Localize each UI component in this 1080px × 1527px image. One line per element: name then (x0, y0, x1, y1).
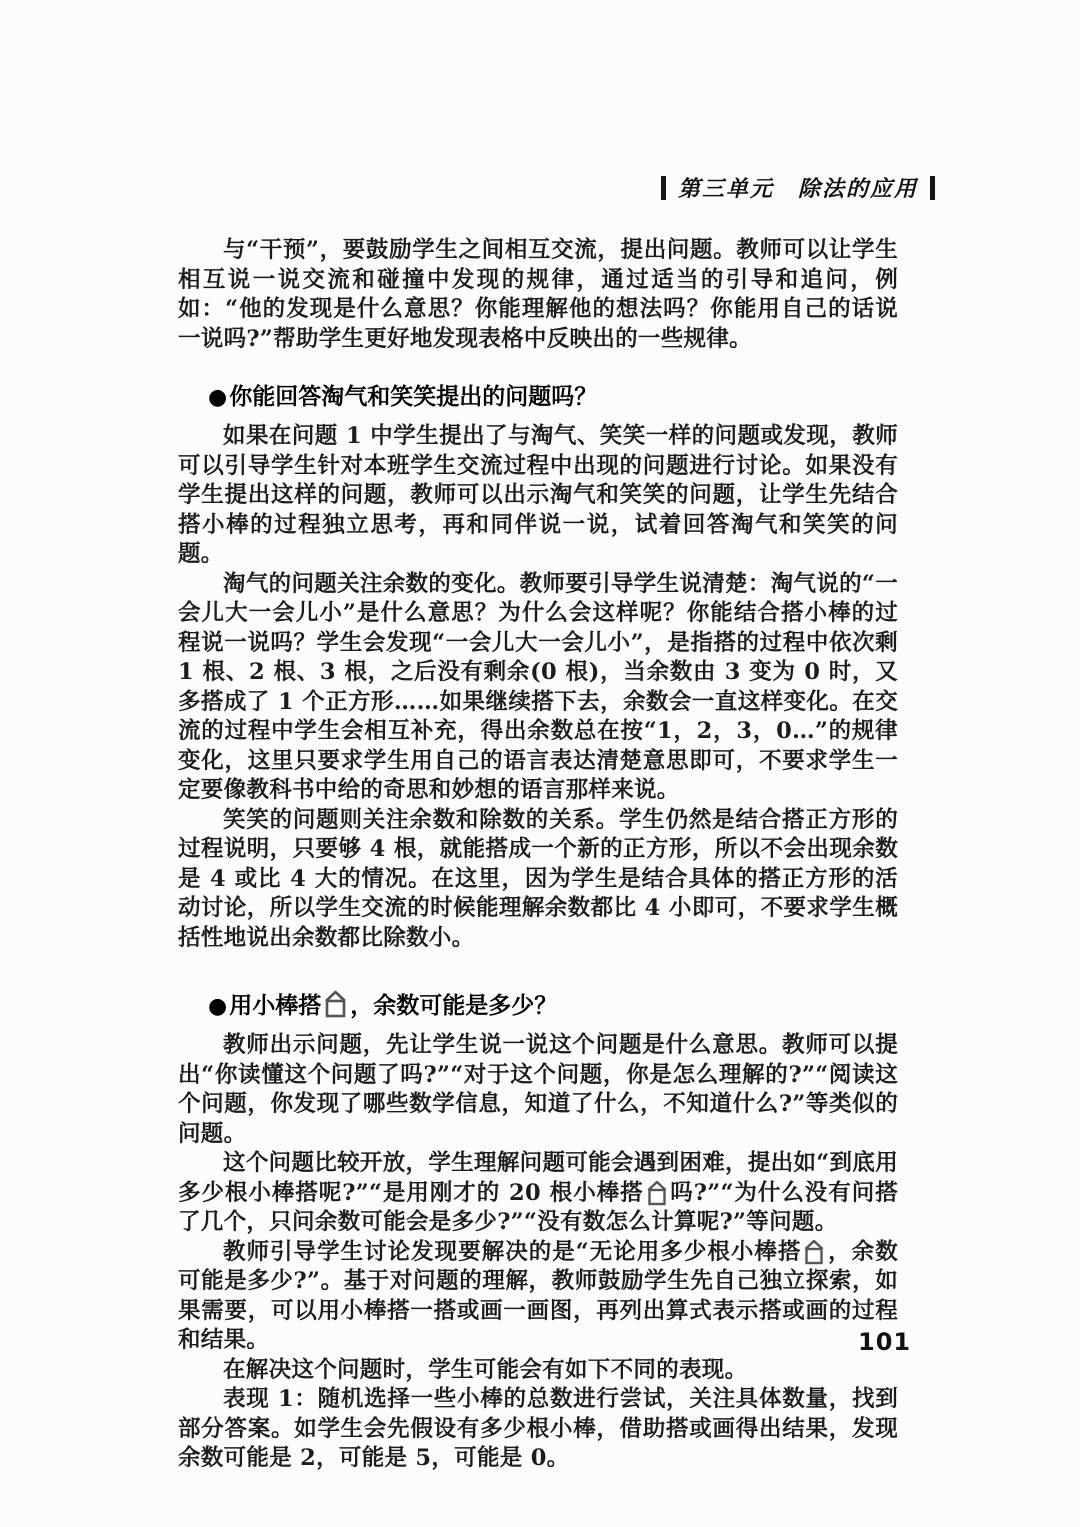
question-2-heading-text-post: ，余数可能是多少？ (350, 993, 557, 1019)
house-icon (802, 1238, 826, 1267)
bullet-icon: ● (208, 994, 227, 1019)
page-number: 101 (858, 1328, 911, 1356)
header-bar-left-icon (661, 176, 666, 200)
running-head-text: 第三单元 除法的应用 (678, 172, 918, 203)
question-2-heading-text-pre: 用小棒搭 (229, 993, 321, 1019)
bullet-icon: ● (208, 385, 227, 410)
question-1-heading-text: 你能回答淘气和笑笑提出的问题吗？ (229, 384, 597, 410)
header-bar-right-icon (930, 176, 935, 200)
q1-paragraph-1: 如果在问题 1 中学生提出了与淘气、笑笑一样的问题或发现，教师可以引导学生针对本… (178, 422, 898, 570)
q2-paragraph-4: 在解决这个问题时，学生可能会有如下不同的表现。 (178, 1356, 898, 1386)
question-1-heading: ●你能回答淘气和笑笑提出的问题吗？ (178, 381, 898, 414)
book-page: 第三单元 除法的应用 与“干预”，要鼓励学生之间相互交流，提出问题。教师可以让学… (0, 0, 1080, 1527)
running-head: 第三单元 除法的应用 (661, 172, 935, 203)
q1-paragraph-3: 笑笑的问题则关注余数和除数的关系。学生仍然是结合搭正方形的过程说明，只要够 4 … (178, 806, 898, 954)
house-icon (645, 1179, 669, 1208)
question-2-heading: ●用小棒搭，余数可能是多少？ (178, 989, 898, 1023)
q2-paragraph-1: 教师出示问题，先让学生说一说这个问题是什么意思。教师可以提出“你读懂这个问题了吗… (178, 1031, 898, 1149)
q2-paragraph-5: 表现 1：随机选择一些小棒的总数进行尝试，关注具体数量，找到部分答案。如学生会先… (178, 1385, 898, 1474)
q1-paragraph-2: 淘气的问题关注余数的变化。教师要引导学生说清楚：淘气说的“一会儿大一会儿小”是什… (178, 570, 898, 806)
house-icon (322, 989, 349, 1020)
q2-paragraph-2: 这个问题比较开放，学生理解问题可能会遇到困难，提出如“到底用多少根小棒搭呢?”“… (178, 1149, 898, 1238)
q2-paragraph-3-text-pre: 教师引导学生讨论发现要解决的是“无论用多少根小棒搭 (223, 1239, 801, 1265)
intro-paragraph: 与“干预”，要鼓励学生之间相互交流，提出问题。教师可以让学生相互说一说交流和碰撞… (178, 236, 898, 354)
q2-paragraph-3: 教师引导学生讨论发现要解决的是“无论用多少根小棒搭，余数可能是多少?”。基于对问… (178, 1238, 898, 1356)
page-body: 与“干预”，要鼓励学生之间相互交流，提出问题。教师可以让学生相互说一说交流和碰撞… (178, 236, 898, 1474)
